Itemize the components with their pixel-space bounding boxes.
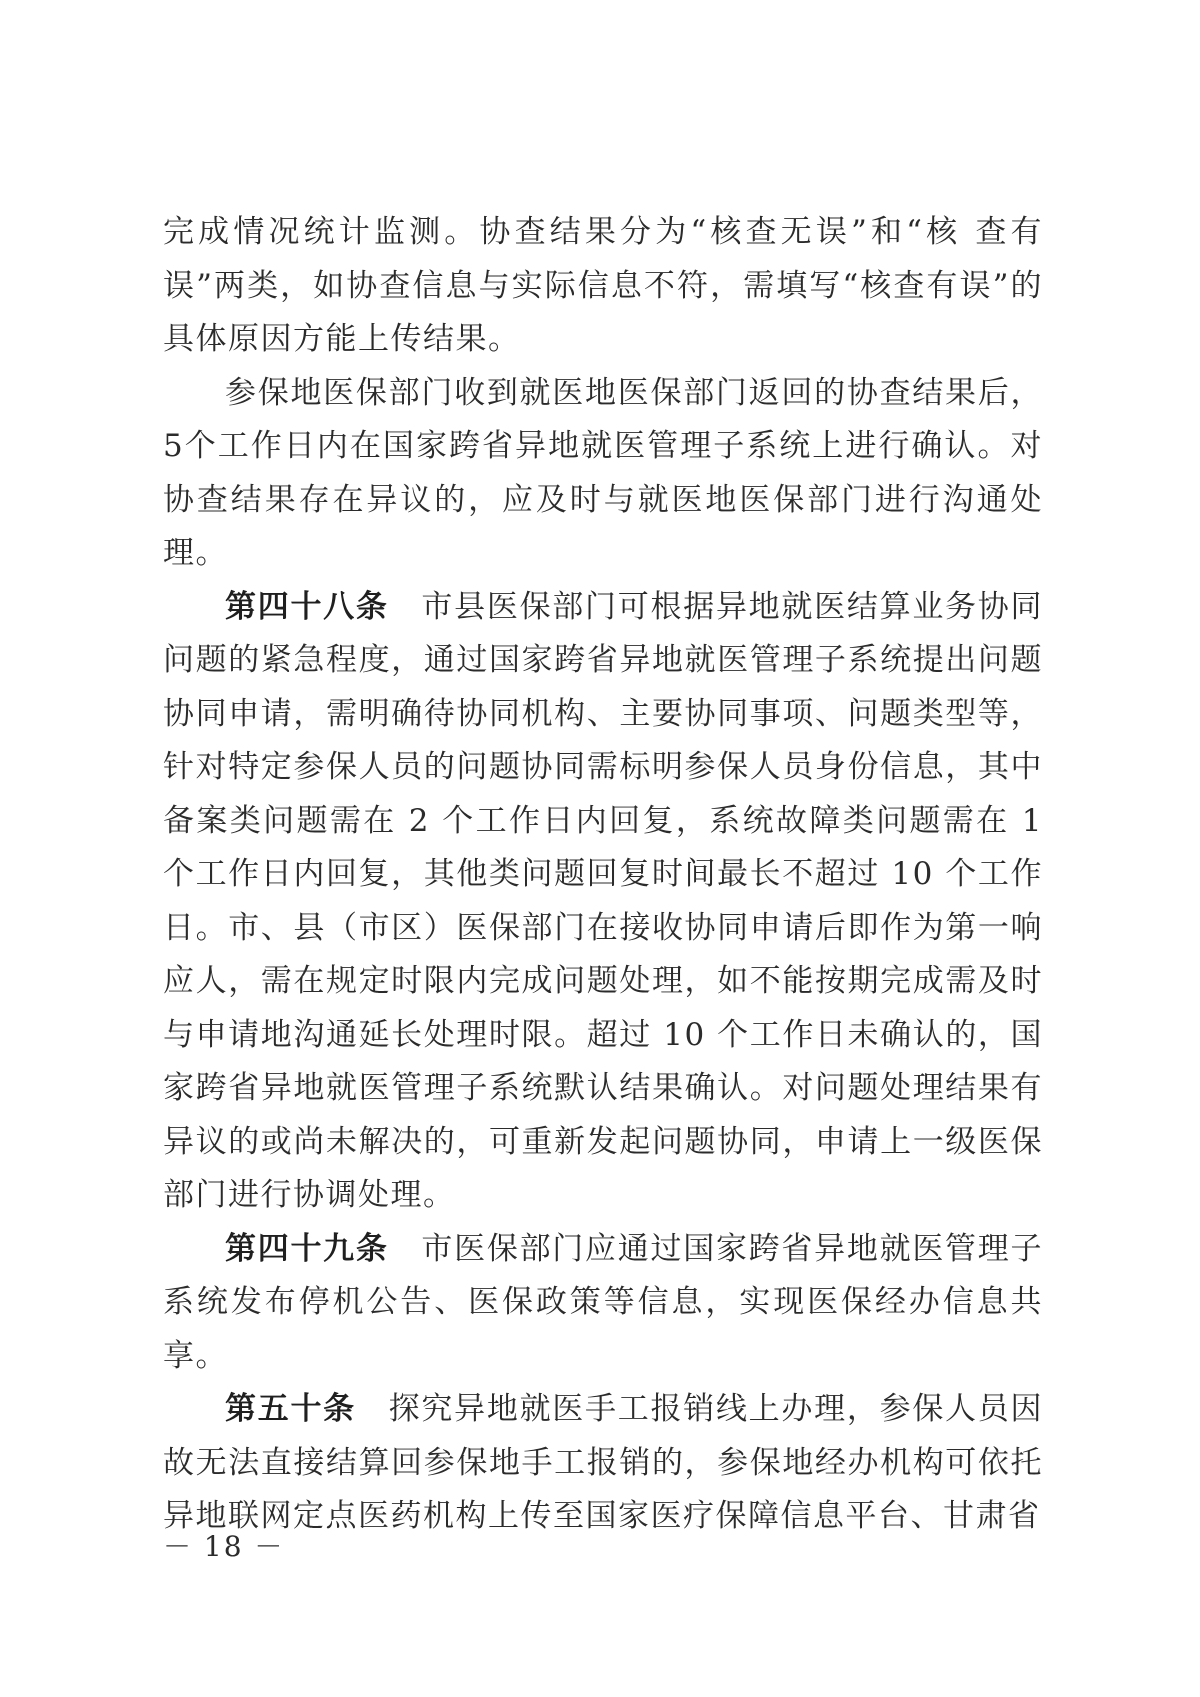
- paragraph-text: 完成情况统计监测。协查结果分为“核查无误”和“核 查有误”两类，如协查信息与实际…: [163, 214, 1043, 357]
- paragraph-2: 参保地医保部门收到就医地医保部门返回的协查结果后，5个工作日内在国家跨省异地就医…: [163, 367, 1043, 581]
- document-page: 完成情况统计监测。协查结果分为“核查无误”和“核 查有误”两类，如协查信息与实际…: [0, 0, 1200, 1697]
- article-49: 第四十九条 市医保部门应通过国家跨省异地就医管理子系统发布停机公告、医保政策等信…: [163, 1223, 1043, 1384]
- article-48: 第四十八条 市县医保部门可根据异地就医结算业务协同问题的紧急程度，通过国家跨省异…: [163, 581, 1043, 1223]
- document-body: 完成情况统计监测。协查结果分为“核查无误”和“核 查有误”两类，如协查信息与实际…: [163, 206, 1043, 1544]
- article-50: 第五十条 探究异地就医手工报销线上办理，参保人员因故无法直接结算回参保地手工报销…: [163, 1383, 1043, 1544]
- article-48-heading: 第四十八条: [225, 589, 389, 625]
- article-50-heading: 第五十条: [225, 1391, 356, 1427]
- page-number: － 18 －: [163, 1525, 284, 1565]
- paragraph-text: 参保地医保部门收到就医地医保部门返回的协查结果后，5个工作日内在国家跨省异地就医…: [163, 375, 1043, 572]
- article-49-heading: 第四十九条: [225, 1231, 389, 1267]
- paragraph-1: 完成情况统计监测。协查结果分为“核查无误”和“核 查有误”两类，如协查信息与实际…: [163, 206, 1043, 367]
- article-48-text: 市县医保部门可根据异地就医结算业务协同问题的紧急程度，通过国家跨省异地就医管理子…: [163, 589, 1043, 1214]
